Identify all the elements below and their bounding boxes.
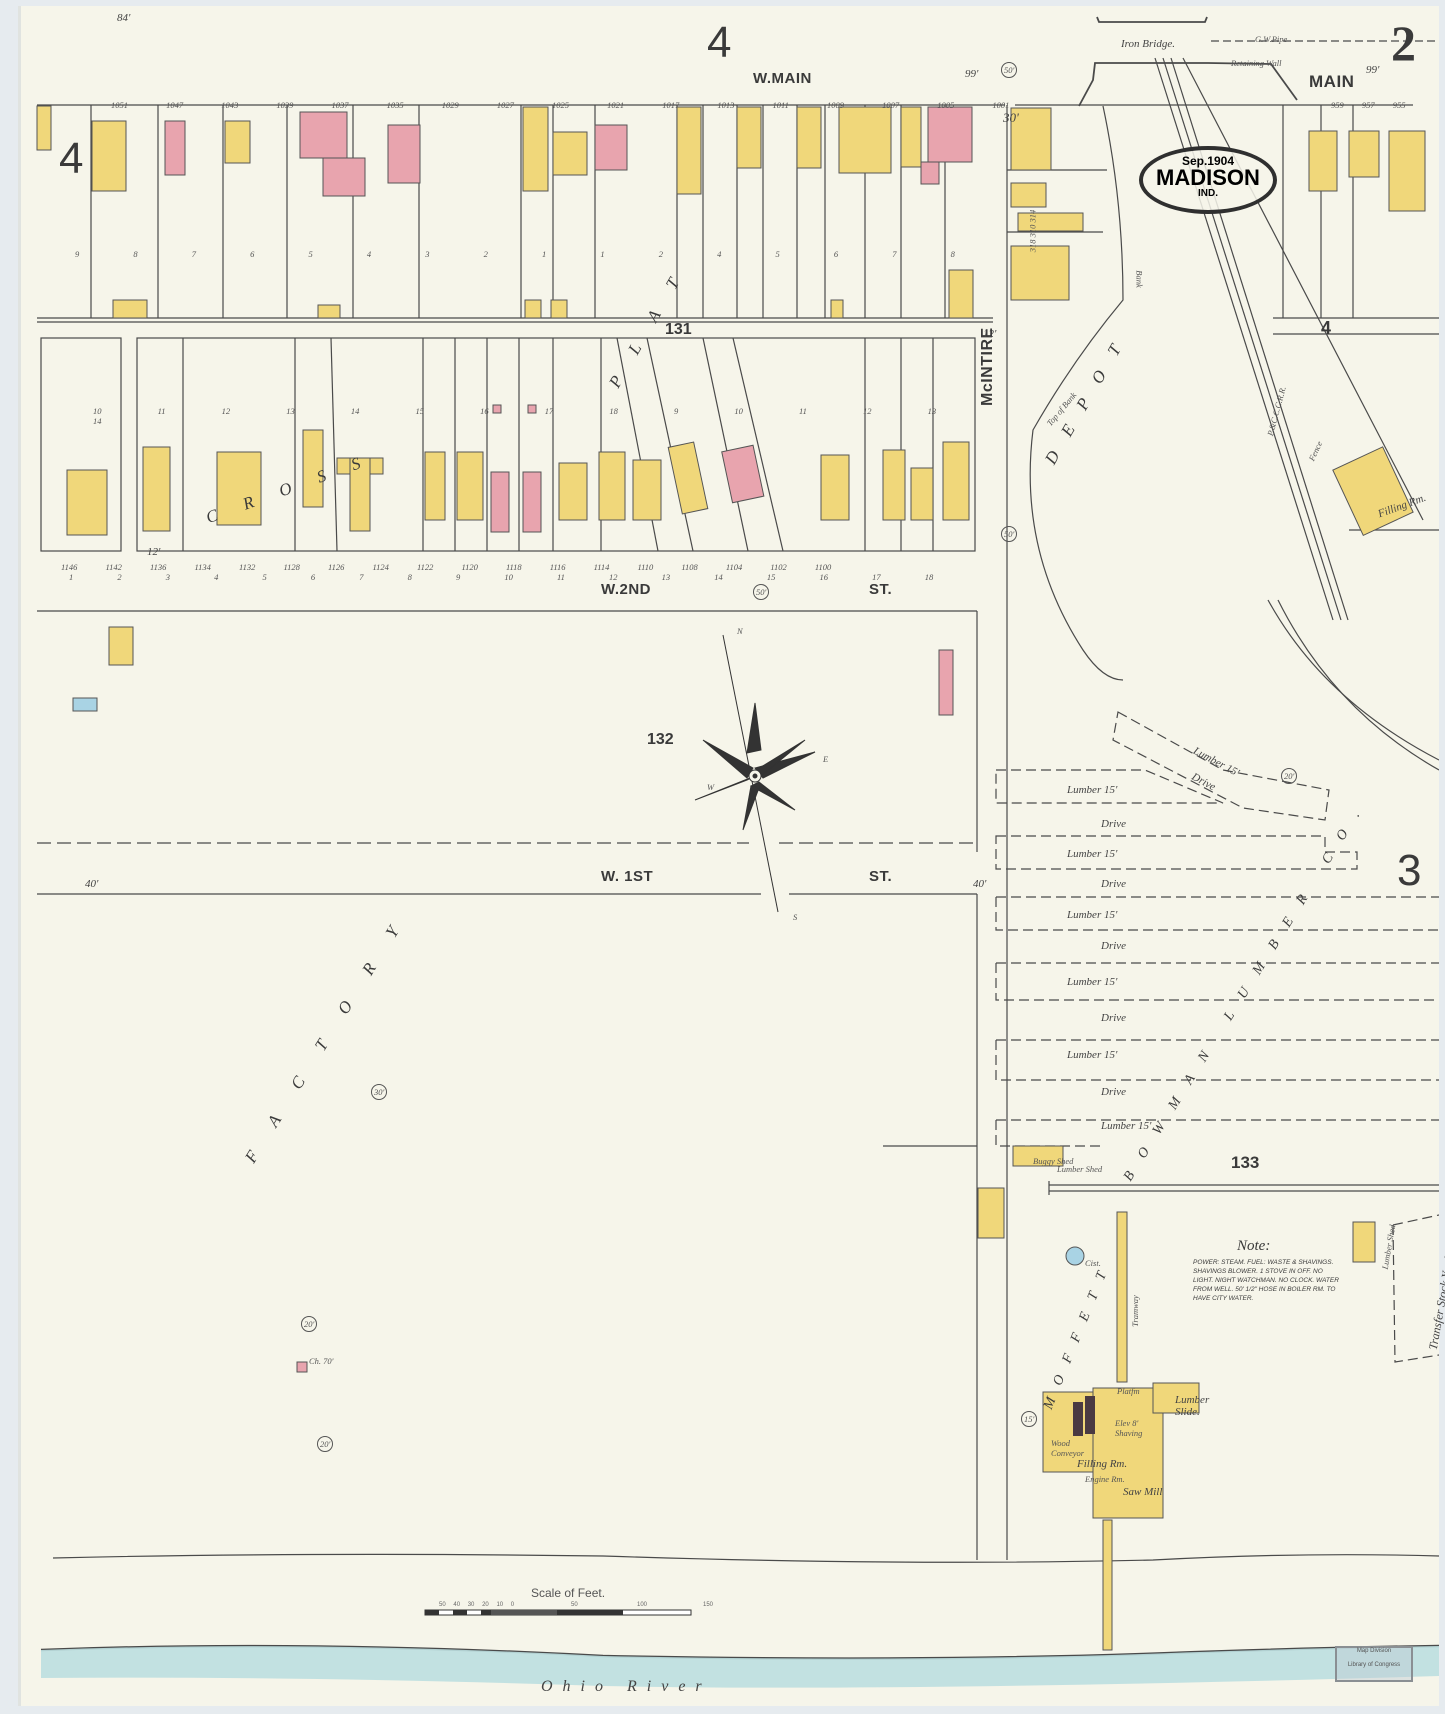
adjacent-sheet-top[interactable]: 4 — [707, 18, 731, 68]
middle-lot-numbers: 10 11 12 13 14 15 16 17 18 9 10 11 12 13… — [93, 406, 993, 426]
compass-w: W — [707, 782, 714, 792]
w-main-width: 99' — [965, 68, 978, 80]
wood-conveyor-label: Wood Conveyor — [1051, 1438, 1091, 1458]
w1st-width-left: 40' — [85, 878, 98, 890]
scale-ticks-left: 50 40 30 20 10 0 — [439, 1602, 514, 1608]
scale-tick-150: 150 — [703, 1602, 713, 1608]
street-main[interactable]: MAIN — [1309, 72, 1354, 92]
lumber-row-6: Lumber 15' — [1067, 1049, 1117, 1061]
engine-room-label: Engine Rm. — [1085, 1474, 1125, 1484]
stamp-line-1: Map Division — [1337, 1648, 1411, 1654]
scale-tick: 20 — [482, 1602, 489, 1608]
block-132[interactable]: 132 — [647, 731, 674, 749]
w-2nd-lots: 1 2 3 4 5 6 7 8 9 10 11 12 13 14 15 16 1… — [69, 572, 1009, 582]
lumber-slide-label: Lumber Slide. — [1175, 1394, 1215, 1418]
alley-width-2: 12' — [983, 328, 996, 340]
mill-filling-room-label: Filling Rm. — [1077, 1458, 1127, 1470]
top-left-width: 84' — [117, 12, 130, 24]
lumber-row-4: Lumber 15' — [1067, 909, 1117, 921]
note-title: Note: — [1237, 1238, 1270, 1255]
compass-e: E — [823, 754, 828, 764]
lumber-shed: Lumber Shed — [1057, 1164, 1102, 1174]
street-w-2nd[interactable]: W.2ND — [601, 581, 651, 598]
iron-bridge-label: Iron Bridge. — [1121, 38, 1175, 50]
w-main-side: 30' — [1003, 110, 1019, 126]
note-body: Power: steam. Fuel: waste & shavings. Sh… — [1193, 1258, 1343, 1303]
tramway-label: Tramway — [1130, 1295, 1140, 1327]
lumber-row-3: Lumber 15' — [1067, 848, 1117, 860]
scale-bar — [425, 1610, 691, 1615]
scale-tick: 0 — [511, 1602, 514, 1608]
rear-lot-numbers: 9 8 7 6 5 4 3 2 1 1 2 4 5 6 7 8 — [75, 249, 975, 259]
drive-1: Drive — [1101, 818, 1126, 830]
scale-tick: 50 — [439, 1602, 446, 1608]
scale-tick: 10 — [496, 1602, 503, 1608]
chimney-label: Ch. 70' — [309, 1356, 334, 1366]
drive-5: Drive — [1101, 1086, 1126, 1098]
mcintire-addresses: 318 310 314 — [1027, 210, 1037, 253]
stamp-line-2: Library of Congress — [1337, 1662, 1411, 1668]
library-stamp: Map Division Library of Congress — [1335, 1646, 1413, 1682]
drive-4: Drive — [1101, 1012, 1126, 1024]
title-city: MADISON — [1143, 168, 1273, 188]
drive-2: Drive — [1101, 878, 1126, 890]
platform-label: Platfm — [1117, 1386, 1140, 1396]
street-w-1st[interactable]: W. 1ST — [601, 868, 653, 885]
scale-tick-50: 50 — [571, 1602, 578, 1608]
shaving-label: Elev 8' Shaving — [1115, 1418, 1155, 1438]
scale-tick-100: 100 — [637, 1602, 647, 1608]
lumber-row-5: Lumber 15' — [1067, 976, 1117, 988]
title-oval: Sep.1904 MADISON IND. — [1139, 146, 1277, 214]
saw-mill-label: Saw Mill — [1123, 1486, 1162, 1498]
river-label[interactable]: Ohio River — [541, 1678, 712, 1696]
retaining-wall-label: Retaining Wall — [1231, 58, 1281, 68]
street-w-1st-st[interactable]: ST. — [869, 868, 892, 885]
scale-tick: 30 — [468, 1602, 475, 1608]
street-w-main[interactable]: W.MAIN — [753, 70, 812, 87]
main-width: 99' — [1366, 64, 1379, 76]
alley-width: 12' — [147, 546, 160, 558]
compass-rose — [695, 635, 815, 912]
compass-n: N — [737, 626, 743, 636]
adjacent-sheet-right-top[interactable]: 4 — [1321, 318, 1331, 339]
bank-label: Bank — [1135, 270, 1145, 287]
map-linework — [21, 6, 1439, 1706]
w-main-addresses: 1051 1047 1043 1039 1037 1035 1029 1027 … — [111, 100, 1041, 110]
w1st-width-right: 40' — [973, 878, 986, 890]
lumber-row-7: Lumber 15' — [1101, 1120, 1151, 1132]
block-133[interactable]: 133 — [1231, 1153, 1259, 1173]
adjacent-sheet-right[interactable]: 3 — [1397, 846, 1421, 896]
scale-tick: 40 — [453, 1602, 460, 1608]
adjacent-sheet-left[interactable]: 4 — [59, 134, 83, 184]
drive-3: Drive — [1101, 940, 1126, 952]
block-131[interactable]: 131 — [665, 321, 692, 339]
lumber-row-1: Lumber 15' — [1067, 784, 1117, 796]
water-pipe-label: G.W.Pipe — [1255, 34, 1287, 44]
street-w-2nd-st[interactable]: ST. — [869, 581, 892, 598]
main-east-addresses: 959 957 955 — [1331, 100, 1406, 110]
compass-s: S — [793, 912, 797, 922]
w-2nd-addresses: 1146 1142 1136 1134 1132 1128 1126 1124 … — [61, 562, 1001, 572]
map-sheet: 4 4 3 4 2 Sep.1904 MADISON IND. W.MAIN M… — [18, 6, 1439, 1706]
sheet-number: 2 — [1391, 14, 1416, 72]
scale-title: Scale of Feet. — [531, 1586, 605, 1600]
